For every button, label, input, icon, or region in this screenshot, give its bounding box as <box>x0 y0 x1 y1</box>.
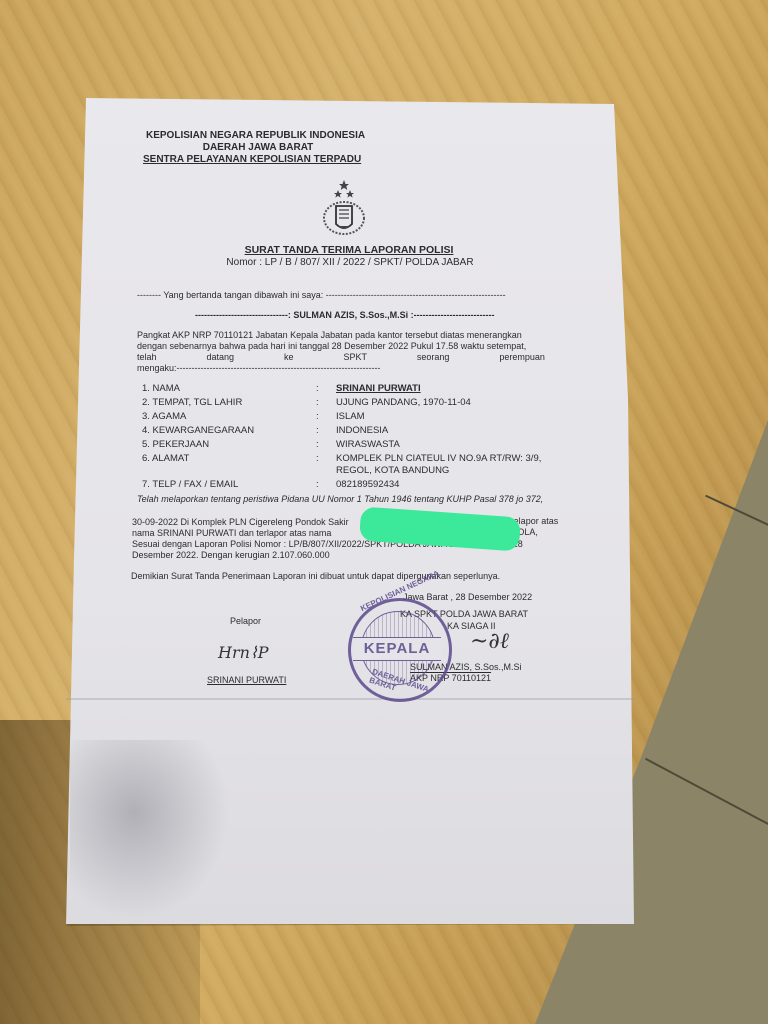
reporter-name: SRINANI PURWATI <box>207 675 286 685</box>
field-label: 6. ALAMAT <box>142 453 189 464</box>
officer-line: -------------------------------: SULMAN … <box>195 310 495 320</box>
reporter-signature: Hrn⌇P <box>218 643 268 662</box>
field-value: WIRASWASTA <box>336 439 400 450</box>
officer-signature: ~∂ℓ <box>470 628 509 654</box>
official-stamp: KEPOLISIAN NEGARA KEPALA DAERAH JAWA BAR… <box>348 598 452 702</box>
field-value: UJUNG PANDANG, 1970-11-04 <box>336 397 471 408</box>
field-colon: : <box>316 479 319 490</box>
paragraph-1-line-3: telah datang ke SPKT seorang perempuan <box>137 352 545 362</box>
stamp-center-text: KEPALA <box>353 637 441 661</box>
paragraph-2-line-2a: nama SRINANI PURWATI dan terlapor atas n… <box>132 528 331 538</box>
report-statement: Telah melaporkan tentang peristiwa Pidan… <box>137 494 543 504</box>
field-label: 1. NAMA <box>142 383 180 394</box>
word: ke <box>284 352 294 362</box>
reporter-label: Pelapor <box>230 616 261 626</box>
closing-statement: Demikian Surat Tanda Penerimaan Laporan … <box>131 571 500 581</box>
paragraph-2-line-4: Desember 2022. Dengan kerugian 2.107.060… <box>132 550 330 560</box>
header-line-1: KEPOLISIAN NEGARA REPUBLIK INDONESIA <box>146 130 365 141</box>
header-line-3: SENTRA PELAYANAN KEPOLISIAN TERPADU <box>143 154 361 165</box>
field-colon: : <box>316 453 319 464</box>
word: datang <box>206 352 234 362</box>
police-report-document: KEPOLISIAN NEGARA REPUBLIK INDONESIA DAE… <box>0 0 768 1024</box>
field-value: ISLAM <box>336 411 365 422</box>
intro-line: -------- Yang bertanda tangan dibawah in… <box>137 290 506 300</box>
place-date: Jawa Barat , 28 Desember 2022 <box>403 592 532 602</box>
field-label: 3. AGAMA <box>142 411 186 422</box>
document-title: SURAT TANDA TERIMA LAPORAN POLISI <box>245 244 454 256</box>
field-value: SRINANI PURWATI <box>336 383 421 394</box>
field-colon: : <box>316 383 319 394</box>
field-colon: : <box>316 439 319 450</box>
field-label: 7. TELP / FAX / EMAIL <box>142 479 238 490</box>
word: telah <box>137 352 157 362</box>
field-label: 2. TEMPAT, TGL LAHIR <box>142 397 242 408</box>
field-label: 4. KEWARGANEGARAAN <box>142 425 254 436</box>
field-colon: : <box>316 411 319 422</box>
report-number: Nomor : LP / B / 807/ XII / 2022 / SPKT/… <box>226 257 473 268</box>
field-value: INDONESIA <box>336 425 388 436</box>
paragraph-1-line-2: dengan sebenarnya bahwa pada hari ini ta… <box>137 341 526 351</box>
word: SPKT <box>343 352 367 362</box>
field-value: 082189592434 <box>336 479 399 490</box>
word: perempuan <box>499 352 545 362</box>
field-colon: : <box>316 425 319 436</box>
paragraph-2-line-1a: 30-09-2022 Di Komplek PLN Cigereleng Pon… <box>132 517 349 527</box>
paragraph-1-line-1: Pangkat AKP NRP 70110121 Jabatan Kepala … <box>137 330 546 340</box>
header-line-2: DAERAH JAWA BARAT <box>203 142 314 153</box>
word: seorang <box>417 352 450 362</box>
field-label: 5. PEKERJAAN <box>142 439 209 450</box>
field-value: KOMPLEK PLN CIATEUL IV NO.9A RT/RW: 3/9, <box>336 453 541 464</box>
field-value-address-2: REGOL, KOTA BANDUNG <box>336 465 449 476</box>
field-colon: : <box>316 397 319 408</box>
police-emblem-icon <box>320 178 368 238</box>
paragraph-1-line-4: mengaku:--------------------------------… <box>137 363 380 373</box>
